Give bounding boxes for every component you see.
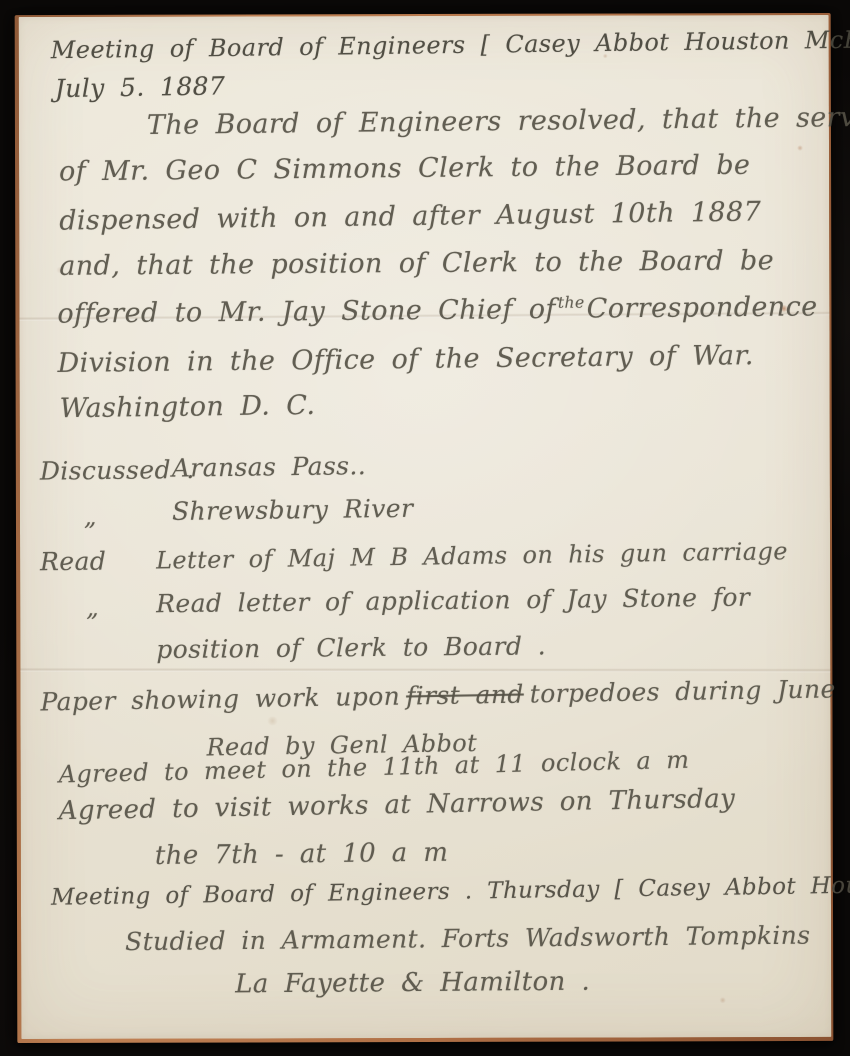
resolution-line-7: Washington D. C. <box>60 392 316 422</box>
paper-edge: Meeting of Board of Engineers [ Casey Ab… <box>15 13 834 1043</box>
ditto-mark: „ <box>86 596 99 620</box>
heading-meeting-line: Meeting of Board of Engineers [ Casey Ab… <box>51 25 850 62</box>
resolution-line-2: of Mr. Geo C Simmons Clerk to the Board … <box>59 152 751 186</box>
discussed-item-shrewsbury-river: Shrewsbury River <box>172 496 414 524</box>
inserted-word-the: the <box>558 292 585 311</box>
resolution-line-4: and, that the position of Clerk to the B… <box>59 247 774 280</box>
struck-out-words: first and <box>406 680 524 711</box>
forts-line-1: Studied in Armament. Forts Wadsworth Tom… <box>125 923 811 955</box>
agreed-visit-line-cont: the 7th - at 10 a m <box>155 840 449 869</box>
discussed-item-aransas-pass: Aransas Pass.. <box>172 453 367 481</box>
read-item-adams-letter: Letter of Maj M B Adams on his gun carri… <box>156 539 788 572</box>
foxing-spot <box>719 997 726 1003</box>
paper-line-pre: Paper showing work upon <box>40 682 400 717</box>
resolution-line-5: offered to Mr. Jay Stone Chief oftheCorr… <box>57 293 817 327</box>
read-label: Read <box>40 549 106 575</box>
resolution-line-5-post: Correspondence <box>587 291 818 324</box>
paper-line-post: torpedoes during June <box>530 674 836 708</box>
second-meeting-line: Meeting of Board of Engineers . Thursday… <box>51 870 850 909</box>
foxing-spot <box>797 145 803 151</box>
read-item-stone-application-cont: position of Clerk to Board . <box>156 633 546 662</box>
forts-line-2: La Fayette & Hamilton . <box>235 969 590 998</box>
paper-torpedoes-line: Paper showing work uponfirst andtorpedoe… <box>40 676 836 714</box>
foxing-spot <box>266 716 278 725</box>
agreed-meet-line: Agreed to meet on the 11th at 11 oclock … <box>58 748 689 787</box>
document-page: Meeting of Board of Engineers [ Casey Ab… <box>19 15 832 1039</box>
heading-date: July 5. 1887 <box>55 73 226 101</box>
ditto-mark: „ <box>84 505 97 529</box>
fold-crease-lower <box>20 668 830 673</box>
resolution-line-6: Division in the Office of the Secretary … <box>57 342 753 377</box>
resolution-line-1: The Board of Engineers resolved, that th… <box>147 103 850 139</box>
resolution-line-5-pre: offered to Mr. Jay Stone Chief of <box>57 294 556 330</box>
read-item-stone-application: Read letter of application of Jay Stone … <box>156 585 750 617</box>
photo-background: Meeting of Board of Engineers [ Casey Ab… <box>0 0 850 1056</box>
resolution-line-3: dispensed with on and after August 10th … <box>59 198 761 234</box>
agreed-visit-line: Agreed to visit works at Narrows on Thur… <box>59 786 736 824</box>
